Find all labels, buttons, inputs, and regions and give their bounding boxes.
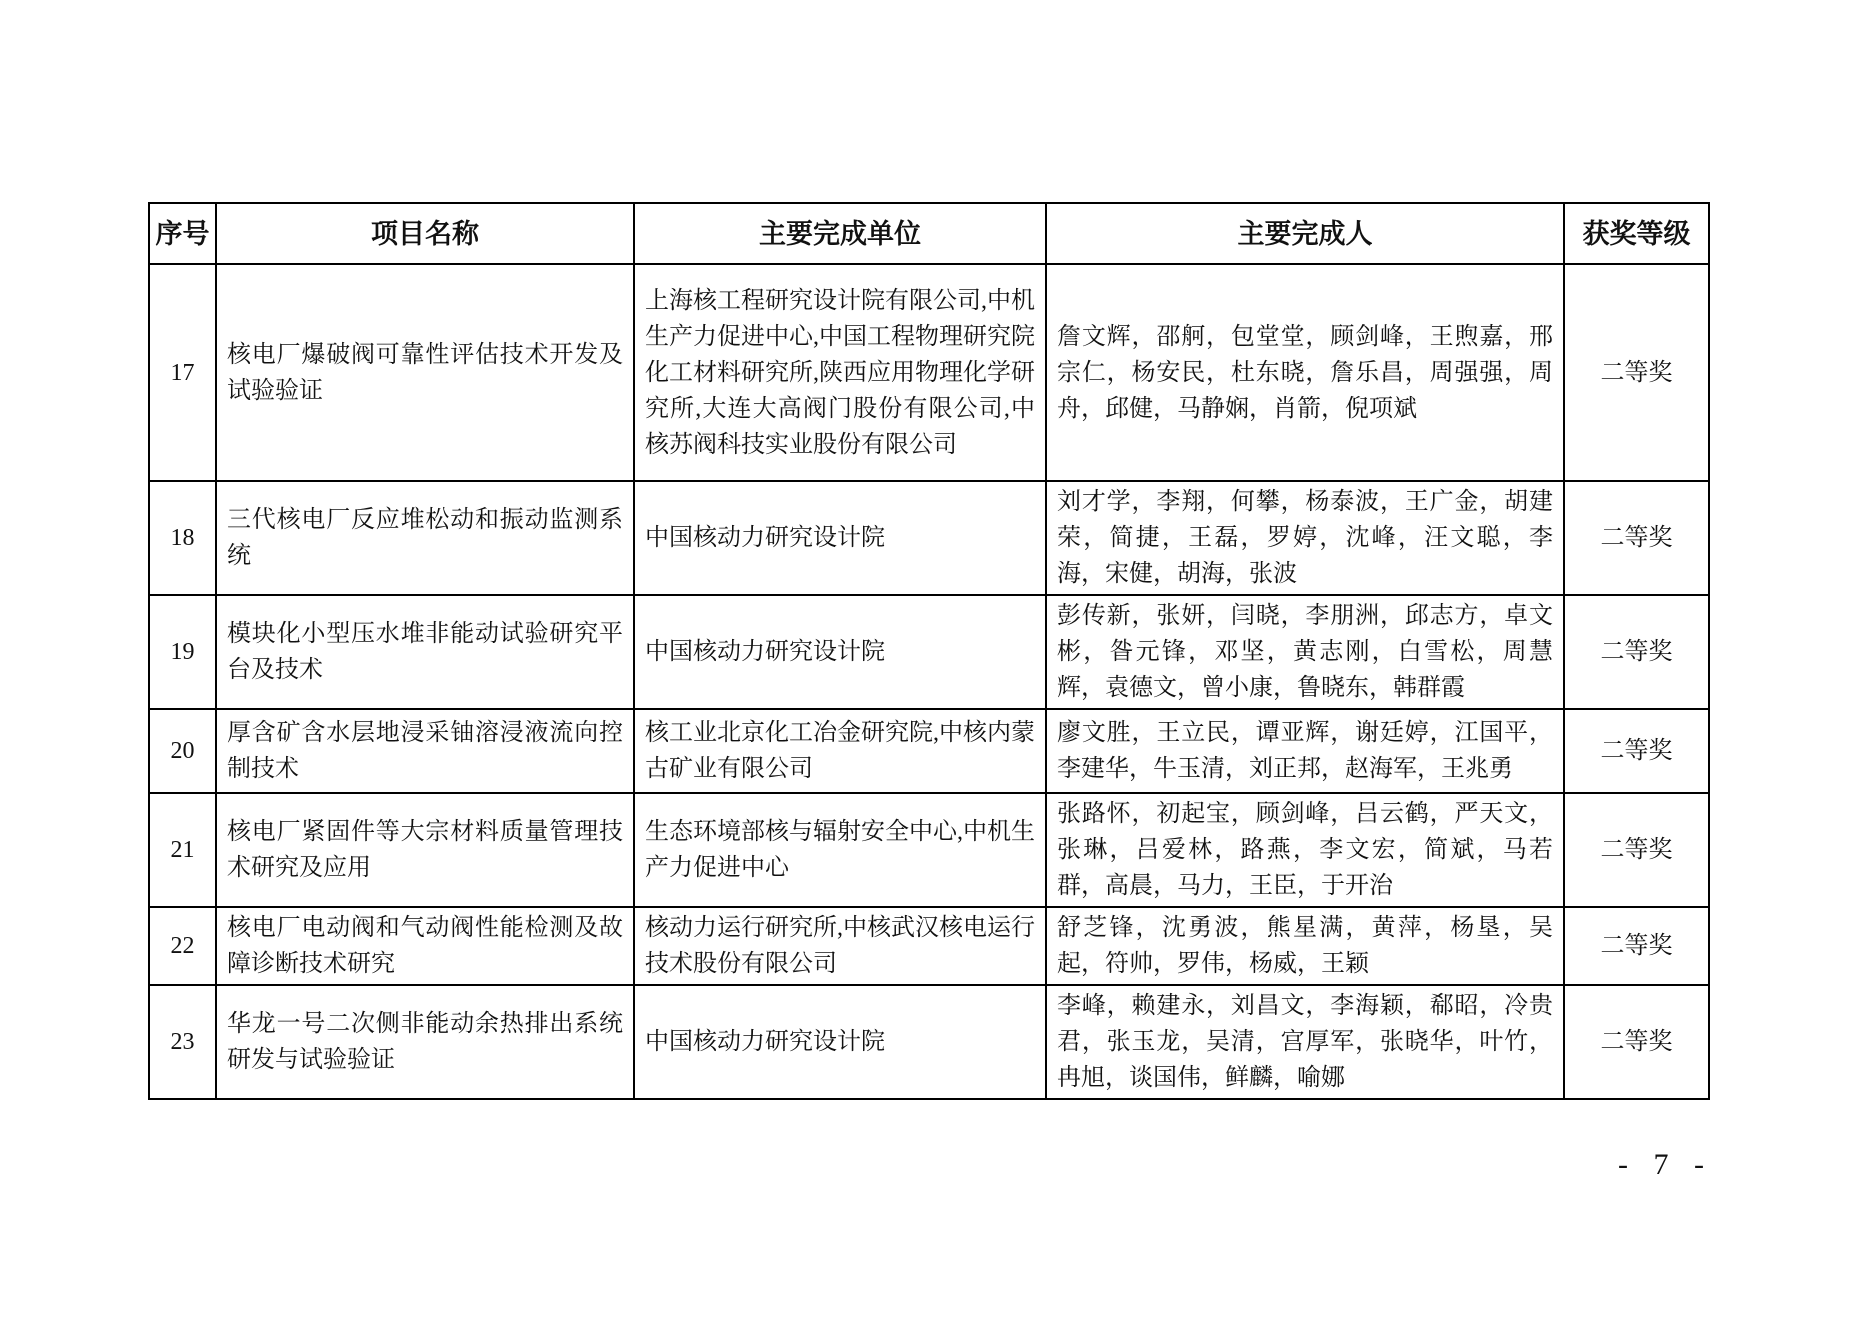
cell-serial-number: 22 <box>149 907 216 985</box>
cell-main-people: 彭传新，张妍，闫晓，李朋洲，邱志方，卓文彬，昝元锋，邓坚，黄志刚，白雪松，周慧辉… <box>1046 595 1564 709</box>
cell-award-level: 二等奖 <box>1564 907 1709 985</box>
cell-project-name: 核电厂电动阀和气动阀性能检测及故障诊断技术研究 <box>216 907 634 985</box>
cell-award-level: 二等奖 <box>1564 481 1709 595</box>
cell-main-people: 舒芝锋，沈勇波，熊星满，黄萍，杨垦，吴起，符帅，罗伟，杨威，王颖 <box>1046 907 1564 985</box>
table-header-row: 序号 项目名称 主要完成单位 主要完成人 获奖等级 <box>149 203 1709 264</box>
table-row: 19 模块化小型压水堆非能动试验研究平台及技术 中国核动力研究设计院 彭传新，张… <box>149 595 1709 709</box>
cell-award-level: 二等奖 <box>1564 264 1709 481</box>
table-row: 22 核电厂电动阀和气动阀性能检测及故障诊断技术研究 核动力运行研究所,中核武汉… <box>149 907 1709 985</box>
table-row: 21 核电厂紧固件等大宗材料质量管理技术研究及应用 生态环境部核与辐射安全中心,… <box>149 793 1709 907</box>
cell-project-name: 核电厂爆破阀可靠性评估技术开发及试验验证 <box>216 264 634 481</box>
table-row: 20 厚含矿含水层地浸采铀溶浸液流向控制技术 核工业北京化工冶金研究院,中核内蒙… <box>149 709 1709 793</box>
cell-main-people: 张路怀，初起宝，顾剑峰，吕云鹤，严天文，张琳，吕爱林，路燕，李文宏，简斌，马若群… <box>1046 793 1564 907</box>
table-row: 18 三代核电厂反应堆松动和振动监测系统 中国核动力研究设计院 刘才学，李翔，何… <box>149 481 1709 595</box>
cell-award-level: 二等奖 <box>1564 985 1709 1099</box>
cell-main-people: 廖文胜，王立民，谭亚辉，谢廷婷，江国平，李建华，牛玉清，刘正邦，赵海军，王兆勇 <box>1046 709 1564 793</box>
cell-project-name: 厚含矿含水层地浸采铀溶浸液流向控制技术 <box>216 709 634 793</box>
awards-table: 序号 项目名称 主要完成单位 主要完成人 获奖等级 17 核电厂爆破阀可靠性评估… <box>148 202 1710 1100</box>
cell-project-name: 三代核电厂反应堆松动和振动监测系统 <box>216 481 634 595</box>
cell-award-level: 二等奖 <box>1564 595 1709 709</box>
cell-main-people: 刘才学，李翔，何攀，杨泰波，王广金，胡建荣，简捷，王磊，罗婷，沈峰，汪文聪，李海… <box>1046 481 1564 595</box>
cell-main-unit: 中国核动力研究设计院 <box>634 595 1046 709</box>
header-main-unit: 主要完成单位 <box>634 203 1046 264</box>
cell-serial-number: 23 <box>149 985 216 1099</box>
cell-award-level: 二等奖 <box>1564 709 1709 793</box>
cell-serial-number: 19 <box>149 595 216 709</box>
header-serial-number: 序号 <box>149 203 216 264</box>
header-award-level: 获奖等级 <box>1564 203 1709 264</box>
table-row: 17 核电厂爆破阀可靠性评估技术开发及试验验证 上海核工程研究设计院有限公司,中… <box>149 264 1709 481</box>
cell-main-unit: 上海核工程研究设计院有限公司,中机生产力促进中心,中国工程物理研究院化工材料研究… <box>634 264 1046 481</box>
cell-main-people: 李峰，赖建永，刘昌文，李海颖，郗昭，冷贵君，张玉龙，吴清，宫厚军，张晓华，叶竹，… <box>1046 985 1564 1099</box>
cell-main-unit: 核动力运行研究所,中核武汉核电运行技术股份有限公司 <box>634 907 1046 985</box>
cell-award-level: 二等奖 <box>1564 793 1709 907</box>
cell-project-name: 核电厂紧固件等大宗材料质量管理技术研究及应用 <box>216 793 634 907</box>
cell-project-name: 华龙一号二次侧非能动余热排出系统研发与试验验证 <box>216 985 634 1099</box>
header-project-name: 项目名称 <box>216 203 634 264</box>
cell-serial-number: 18 <box>149 481 216 595</box>
cell-main-unit: 中国核动力研究设计院 <box>634 985 1046 1099</box>
cell-main-unit: 生态环境部核与辐射安全中心,中机生产力促进中心 <box>634 793 1046 907</box>
cell-project-name: 模块化小型压水堆非能动试验研究平台及技术 <box>216 595 634 709</box>
cell-serial-number: 21 <box>149 793 216 907</box>
table-row: 23 华龙一号二次侧非能动余热排出系统研发与试验验证 中国核动力研究设计院 李峰… <box>149 985 1709 1099</box>
header-main-people: 主要完成人 <box>1046 203 1564 264</box>
cell-serial-number: 20 <box>149 709 216 793</box>
document-page: 序号 项目名称 主要完成单位 主要完成人 获奖等级 17 核电厂爆破阀可靠性评估… <box>0 0 1871 1323</box>
cell-serial-number: 17 <box>149 264 216 481</box>
cell-main-unit: 核工业北京化工冶金研究院,中核内蒙古矿业有限公司 <box>634 709 1046 793</box>
cell-main-unit: 中国核动力研究设计院 <box>634 481 1046 595</box>
page-number: - 7 - <box>1618 1148 1708 1182</box>
cell-main-people: 詹文辉，邵舸，包堂堂，顾剑峰，王煦嘉，邢宗仁，杨安民，杜东晓，詹乐昌，周强强，周… <box>1046 264 1564 481</box>
